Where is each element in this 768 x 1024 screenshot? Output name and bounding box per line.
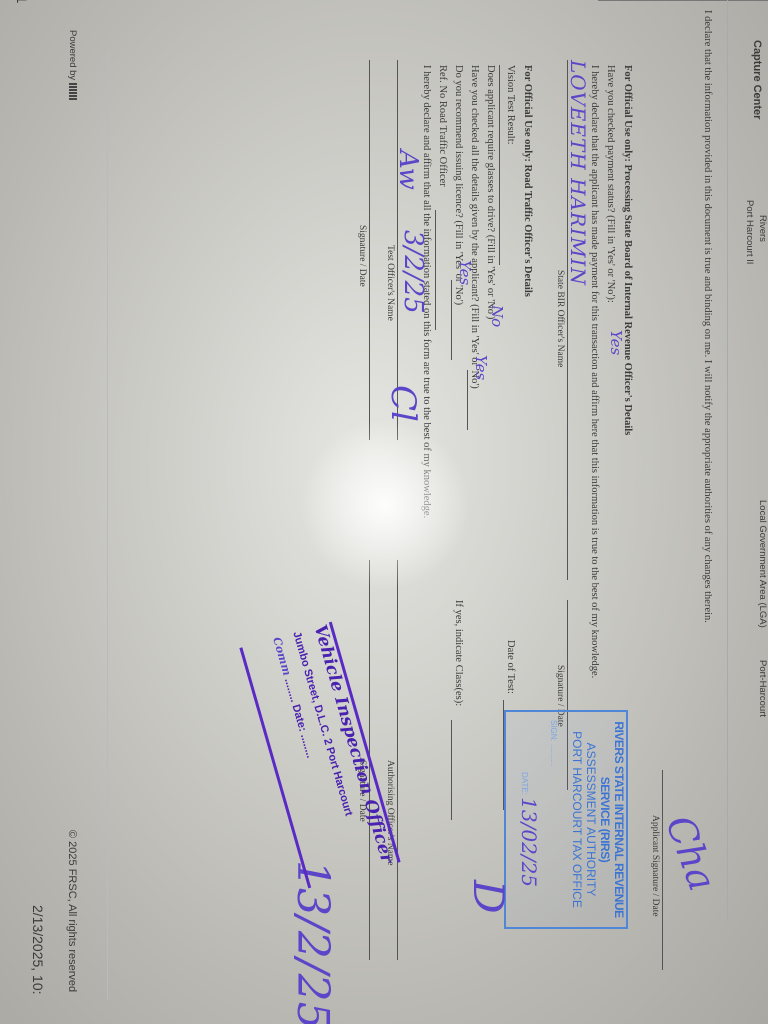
licence-answer[interactable]: Yes <box>456 260 474 285</box>
sbir-heading: For Official Use only: Processing State … <box>622 65 633 435</box>
rirs-stamp-line1: RIVERS STATE INTERNAL REVENUE SERVICE (R… <box>598 712 626 927</box>
ref-label: Ref. No Road Traffic Officer <box>437 65 448 187</box>
details-question: Have you checked all the details given b… <box>469 65 480 389</box>
applicant-signature-line <box>662 770 663 970</box>
lga-label: Local Government Area (LGA) <box>757 500 768 628</box>
rirs-sign-label: SIGN: <box>549 720 558 742</box>
vio-stamp-signature: Comm <box>270 636 293 677</box>
glasses-question: Does applicant require glasses to drive?… <box>485 65 496 319</box>
rirs-date-label: DATE: <box>520 772 529 795</box>
glasses-answer[interactable]: No <box>488 305 506 327</box>
sbir-officer-name-line <box>567 60 568 580</box>
state-value: Rivers <box>757 215 768 242</box>
test-officer-signature: Aw <box>393 150 423 190</box>
powered-by-text: Powered by <box>67 30 78 80</box>
footer-divider <box>107 50 108 1000</box>
capture-center-value: Port Harcourt II <box>744 200 755 264</box>
rto-heading: For Official Use only: Road Traffic Offi… <box>522 65 533 297</box>
rirs-date-value: 13/02/25 <box>517 797 541 887</box>
frsc-form-page: Capture Center Rivers Port Harcourt II L… <box>28 0 768 1000</box>
test-officer-name-label: Test Officer's Name <box>385 245 395 321</box>
lga-value: Port-Harcourt <box>757 660 768 717</box>
details-answer[interactable]: Yes <box>472 355 490 380</box>
rirs-stamp-line2: ASSESSMENT AUTHORITY <box>584 712 598 927</box>
class-label: If yes, indicate Class(es): <box>453 600 464 706</box>
payment-question: Have you checked payment status? (Fill i… <box>605 65 616 303</box>
table-divider <box>727 0 728 920</box>
ref-line <box>435 210 436 330</box>
page-count: of 1 <box>14 0 30 3</box>
licence-answer-line <box>451 280 452 360</box>
capture-center-label: Capture Center <box>751 40 763 119</box>
class-line <box>451 720 452 820</box>
sbir-officer-name-handwritten: LOVEETH HARIMIN <box>566 60 590 286</box>
vio-stamp: Vehicle Inspection Officer Jumbo Street,… <box>239 622 400 889</box>
rirs-stamp-line3: PORT HARCOURT TAX OFFICE <box>570 712 584 927</box>
authorising-officer-line <box>397 560 398 960</box>
test-officer-initial: Cl <box>383 385 423 422</box>
sbir-affirm-text: I hereby declare that the applicant has … <box>589 65 600 678</box>
vision-test-label: Vision Test Result: <box>505 65 516 145</box>
details-answer-line <box>467 370 468 430</box>
powered-by: Powered by <box>67 30 78 101</box>
payment-answer[interactable]: Yes <box>607 330 625 355</box>
date-of-test-line <box>503 700 504 810</box>
table-border <box>598 0 768 1</box>
date-of-test-label: Date of Test: <box>505 640 516 694</box>
sbir-officer-name-label: State BIR Officer's Name <box>555 270 565 367</box>
class-value[interactable]: D <box>464 880 513 914</box>
rirs-stamp: RIVERS STATE INTERNAL REVENUE SERVICE (R… <box>504 710 628 929</box>
vision-test-line <box>499 65 500 265</box>
test-officer-signature-date: 3/2/25 <box>398 230 428 314</box>
signature-date-label: Signature / Date <box>357 225 367 287</box>
print-timestamp: 2/13/2025, 10: <box>30 905 46 995</box>
vendor-logo-icon <box>69 83 77 101</box>
document-photo: Capture Center Rivers Port Harcourt II L… <box>0 0 768 1024</box>
declaration-text: I declare that the information provided … <box>702 10 713 623</box>
signature-line <box>369 60 370 440</box>
vio-stamp-date-label: Date: <box>289 703 308 733</box>
copyright: © 2025 FRSC, All rights reserved <box>66 830 78 992</box>
applicant-signature: Cha <box>657 810 724 897</box>
